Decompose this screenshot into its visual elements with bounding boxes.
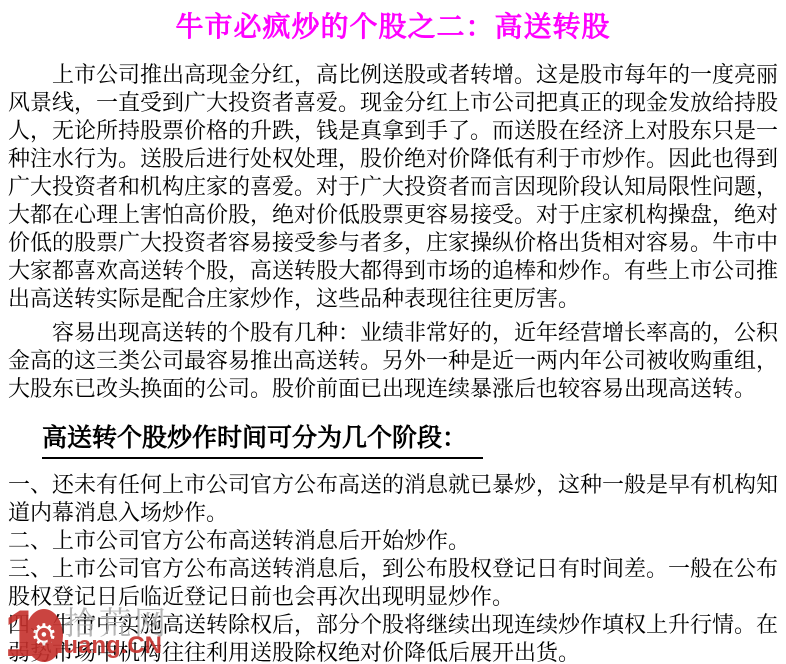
paragraph-intro: 上市公司推出高现金分红，高比例送股或者转增。这是股市每年的一度亮丽风景线，一直受…	[8, 61, 778, 313]
paragraph-types: 容易出现高送转的个股有几种：业绩非常好的，近年经营增长率高的，公积金高的这三类公…	[8, 319, 778, 403]
stage-item-2: 二、上市公司官方公布高送转消息后开始炒作。	[8, 527, 778, 555]
stage-item-3: 三、上市公司官方公布高送转消息后，到公布股权登记日有时间差。一般在公布股权登记日…	[8, 555, 778, 611]
stage-item-4: 四、牛市中实施高送转除权后，部分个股将继续出现连续炒作填权上升行情。在弱势市场中…	[8, 611, 778, 664]
page-title: 牛市必疯炒的个股之二：高送转股	[0, 0, 786, 46]
stage-item-1: 一、还未有任何上市公司官方公布高送的消息就已暴炒，这种一般是早有机构知道内幕消息…	[8, 471, 778, 527]
section-heading-row: 高送转个股炒作时间可分为几个阶段：	[42, 424, 778, 459]
article-body: 上市公司推出高现金分红，高比例送股或者转增。这是股市每年的一度亮丽风景线，一直受…	[0, 61, 786, 664]
document-page: 牛市必疯炒的个股之二：高送转股 上市公司推出高现金分红，高比例送股或者转增。这是…	[0, 0, 786, 664]
section-heading: 高送转个股炒作时间可分为几个阶段：	[42, 424, 483, 459]
